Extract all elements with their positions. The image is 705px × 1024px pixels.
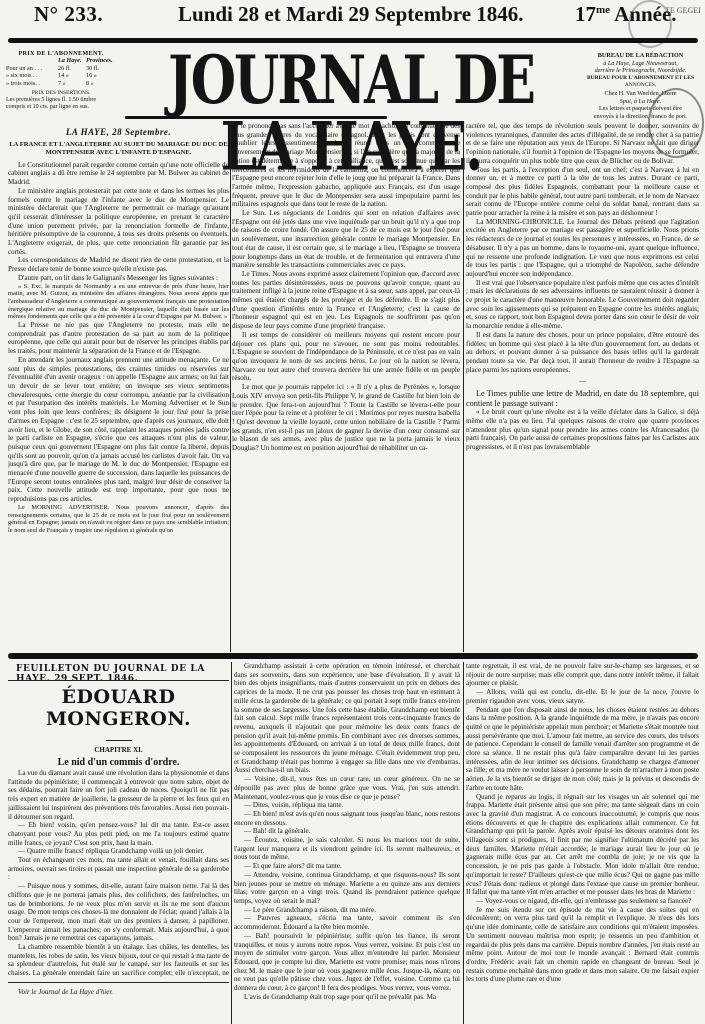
newspaper-page: N° 233. Lundi 28 et Mardi 29 Septembre 1…	[0, 0, 705, 1024]
see-previous-issue-note: Voir le Journal de La Haye d'hier.	[18, 988, 113, 996]
issue-line: N° 233. Lundi 28 et Mardi 29 Septembre 1…	[0, 2, 705, 30]
library-stamp-text: TE GEGEI	[665, 6, 701, 15]
quoted-passage: « Le bruit court qu'une révolte est à la…	[466, 408, 699, 452]
price-row: » trois mois. . 7 » 8 »	[6, 80, 116, 87]
chapter-title: Le nid d'un commis d'ordre.	[8, 757, 229, 768]
column-divider	[463, 122, 464, 652]
feuilleton-rule	[8, 653, 698, 659]
column-divider	[230, 122, 231, 652]
times-letter-intro: Le Times publie une lettre de Madrid, en…	[466, 389, 699, 408]
quoted-passage: « S. Exc. le marquis de Normanby a eu un…	[8, 283, 229, 322]
issue-date: Lundi 28 et Mardi 29 Septembre 1846.	[178, 2, 524, 27]
footnote-rule	[8, 982, 229, 983]
price-row: Pour un an . . . 26 fl. 30 fl.	[6, 65, 116, 72]
column-divider	[231, 662, 232, 1024]
novel-title: ÉDOUARD MONGERON.	[8, 686, 229, 730]
feuilleton-subrule	[8, 680, 229, 681]
feuilleton-column-middle: Grandchamp assistait à cette opération e…	[234, 662, 460, 1024]
article-headline: LA FRANCE ET L'ANGLETERRE AU SUJET DU MA…	[8, 141, 229, 158]
article-column-right: ractère tel, que des temps de révolution…	[466, 122, 699, 637]
chapter-rule	[106, 740, 132, 741]
column-divider	[463, 662, 464, 1024]
price-table-header: La Haye. Provinces.	[6, 57, 116, 64]
issue-number: N° 233.	[34, 2, 103, 27]
feuilleton-column-left: La vue du diamant avait causé une révolu…	[8, 769, 229, 979]
title-underline	[125, 116, 387, 119]
price-row: » six mois . . 14 » 16 »	[6, 72, 116, 79]
subscription-prices: PRIX DE L'ABONNEMENT. La Haye. Provinces…	[6, 50, 116, 111]
article-column-middle: ne le prononce pas sans l'accoupler avec…	[232, 122, 460, 637]
article-column-left: LA HAYE, 28 Septembre. LA FRANCE ET L'AN…	[8, 128, 229, 638]
feuilleton-header: FEUILLETON DU JOURNAL DE LA HAYE. 29 SEP…	[16, 664, 231, 684]
dateline: LA HAYE, 28 Septembre.	[8, 128, 229, 137]
chapter-number: CHAPITRE XI.	[8, 746, 229, 754]
insertions-text: Les premières 5 lignes fl. 1.50 timbre c…	[6, 97, 116, 111]
feuilleton-column-right: tante regrettait, il est vrai, de ne pou…	[466, 662, 699, 1024]
